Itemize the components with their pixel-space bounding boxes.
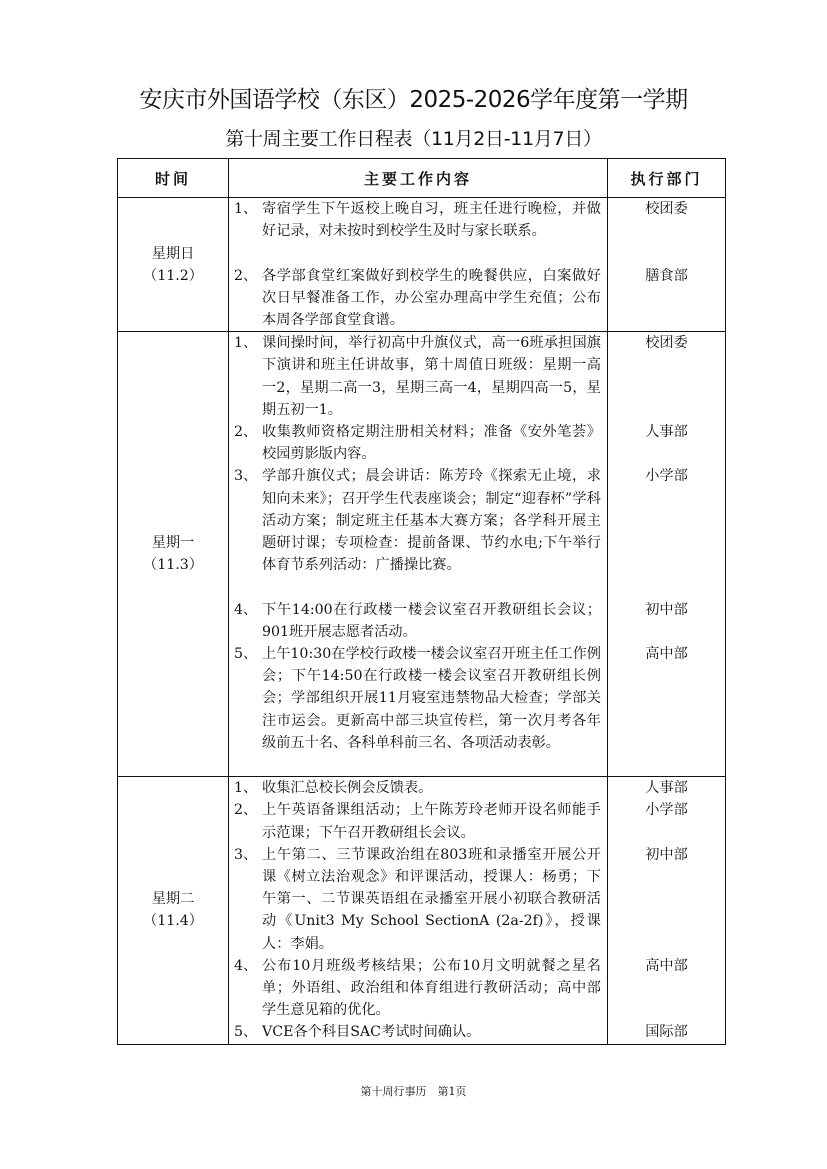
day-label: 星期一 [118,532,228,554]
content-cell: 1、收集汇总校长例会反馈表。2、上午英语备课组活动；上午陈芳玲老师开设名师能手示… [229,777,608,1044]
header-dept: 执行部门 [608,159,726,198]
page-footer: 第十周行事历 第1页 [0,1083,827,1099]
dept-label: 人事部 [608,421,725,465]
day-cell: 星期一（11.3） [118,332,229,777]
item-number: 5、 [234,1021,262,1043]
item-number: 3、 [234,844,262,955]
dept-label: 高中部 [608,955,725,1022]
item-number: 4、 [234,955,262,1022]
item-text: 下午14:00在行政楼一楼会议室召开教研组长会议；901班开展志愿者活动。 [262,599,601,643]
item-number: 2、 [234,799,262,843]
work-item: 1、课间操时间，举行初高中升旗仪式，高一6班承担国旗下演讲和班主任讲故事，第十周… [234,332,601,421]
item-text: 学部升旗仪式；晨会讲话：陈芳玲《探索无止境，求知向未来》；召开学生代表座谈会；制… [262,465,601,598]
dept-cell: 校团委膳食部 [608,198,726,332]
work-item: 1、收集汇总校长例会反馈表。 [234,777,601,799]
item-text: 寄宿学生下午返校上晚自习，班主任进行晚检，并做好记录，对未按时到校学生及时与家长… [262,198,601,265]
item-text: 上午10:30在学校行政楼一楼会议室召开班主任工作例会；下午14:50在行政楼一… [262,643,601,776]
item-number: 2、 [234,421,262,465]
work-item: 2、收集教师资格定期注册相关材料；准备《安外笔荟》校园剪影版内容。 [234,421,601,465]
work-item: 4、公布10月班级考核结果；公布10月文明就餐之星名单；外语组、政治组和体育组进… [234,955,601,1022]
item-text: 上午第二、三节课政治组在803班和录播室开展公开课《树立法治观念》和评课活动，授… [262,844,601,955]
item-number: 3、 [234,465,262,598]
header-content: 主要工作内容 [229,159,608,198]
dept-label: 人事部 [608,777,725,799]
day-label: 星期二 [118,888,228,910]
dept-label: 国际部 [608,1021,725,1043]
dept-label: 初中部 [608,599,725,643]
item-number: 2、 [234,265,262,332]
item-number: 5、 [234,643,262,776]
dept-label: 校团委 [608,198,725,265]
item-number: 4、 [234,599,262,643]
table-row: 星期日（11.2）1、寄宿学生下午返校上晚自习，班主任进行晚检，并做好记录，对未… [118,198,726,332]
dept-label: 初中部 [608,844,725,955]
dept-cell: 校团委人事部小学部初中部高中部 [608,332,726,777]
day-date: （11.3） [118,554,228,576]
schedule-table: 时间 主要工作内容 执行部门 星期日（11.2）1、寄宿学生下午返校上晚自习，班… [117,158,726,1045]
table-header-row: 时间 主要工作内容 执行部门 [118,159,726,198]
day-date: （11.4） [118,910,228,932]
dept-label: 校团委 [608,332,725,421]
item-text: 各学部食堂红案做好到校学生的晚餐供应，白案做好次日早餐准备工作，办公室办理高中学… [262,265,601,332]
header-time: 时间 [118,159,229,198]
item-text: 上午英语备课组活动；上午陈芳玲老师开设名师能手示范课；下午召开教研组长会议。 [262,799,601,843]
day-cell: 星期日（11.2） [118,198,229,332]
dept-label: 膳食部 [608,265,725,332]
item-text: 收集教师资格定期注册相关材料；准备《安外笔荟》校园剪影版内容。 [262,421,601,465]
item-text: 课间操时间，举行初高中升旗仪式，高一6班承担国旗下演讲和班主任讲故事，第十周值日… [262,332,601,421]
day-date: （11.2） [118,265,228,287]
item-number: 1、 [234,777,262,799]
dept-label: 高中部 [608,643,725,776]
item-text: 收集汇总校长例会反馈表。 [262,777,601,799]
work-item: 5、上午10:30在学校行政楼一楼会议室召开班主任工作例会；下午14:50在行政… [234,643,601,776]
work-item: 4、下午14:00在行政楼一楼会议室召开教研组长会议；901班开展志愿者活动。 [234,599,601,643]
document-subtitle: 第十周主要工作日程表（11月2日-11月7日） [0,124,827,154]
work-item: 5、VCE各个科目SAC考试时间确认。 [234,1021,601,1043]
day-cell: 星期二（11.4） [118,777,229,1044]
item-text: 公布10月班级考核结果；公布10月文明就餐之星名单；外语组、政治组和体育组进行教… [262,955,601,1022]
work-item: 3、上午第二、三节课政治组在803班和录播室开展公开课《树立法治观念》和评课活动… [234,844,601,955]
dept-label: 小学部 [608,465,725,598]
day-label: 星期日 [118,243,228,265]
work-item: 1、寄宿学生下午返校上晚自习，班主任进行晚检，并做好记录，对未按时到校学生及时与… [234,198,601,265]
work-item: 3、学部升旗仪式；晨会讲话：陈芳玲《探索无止境，求知向未来》；召开学生代表座谈会… [234,465,601,598]
dept-label: 小学部 [608,799,725,843]
item-number: 1、 [234,332,262,421]
table-row: 星期一（11.3）1、课间操时间，举行初高中升旗仪式，高一6班承担国旗下演讲和班… [118,332,726,777]
content-cell: 1、课间操时间，举行初高中升旗仪式，高一6班承担国旗下演讲和班主任讲故事，第十周… [229,332,608,777]
table-row: 星期二（11.4）1、收集汇总校长例会反馈表。2、上午英语备课组活动；上午陈芳玲… [118,777,726,1044]
content-cell: 1、寄宿学生下午返校上晚自习，班主任进行晚检，并做好记录，对未按时到校学生及时与… [229,198,608,332]
work-item: 2、上午英语备课组活动；上午陈芳玲老师开设名师能手示范课；下午召开教研组长会议。 [234,799,601,843]
work-item: 2、各学部食堂红案做好到校学生的晚餐供应，白案做好次日早餐准备工作，办公室办理高… [234,265,601,332]
item-number: 1、 [234,198,262,265]
document-title: 安庆市外国语学校（东区）2025-2026学年度第一学期 [0,84,827,116]
item-text: VCE各个科目SAC考试时间确认。 [262,1021,601,1043]
dept-cell: 人事部小学部初中部高中部国际部 [608,777,726,1044]
